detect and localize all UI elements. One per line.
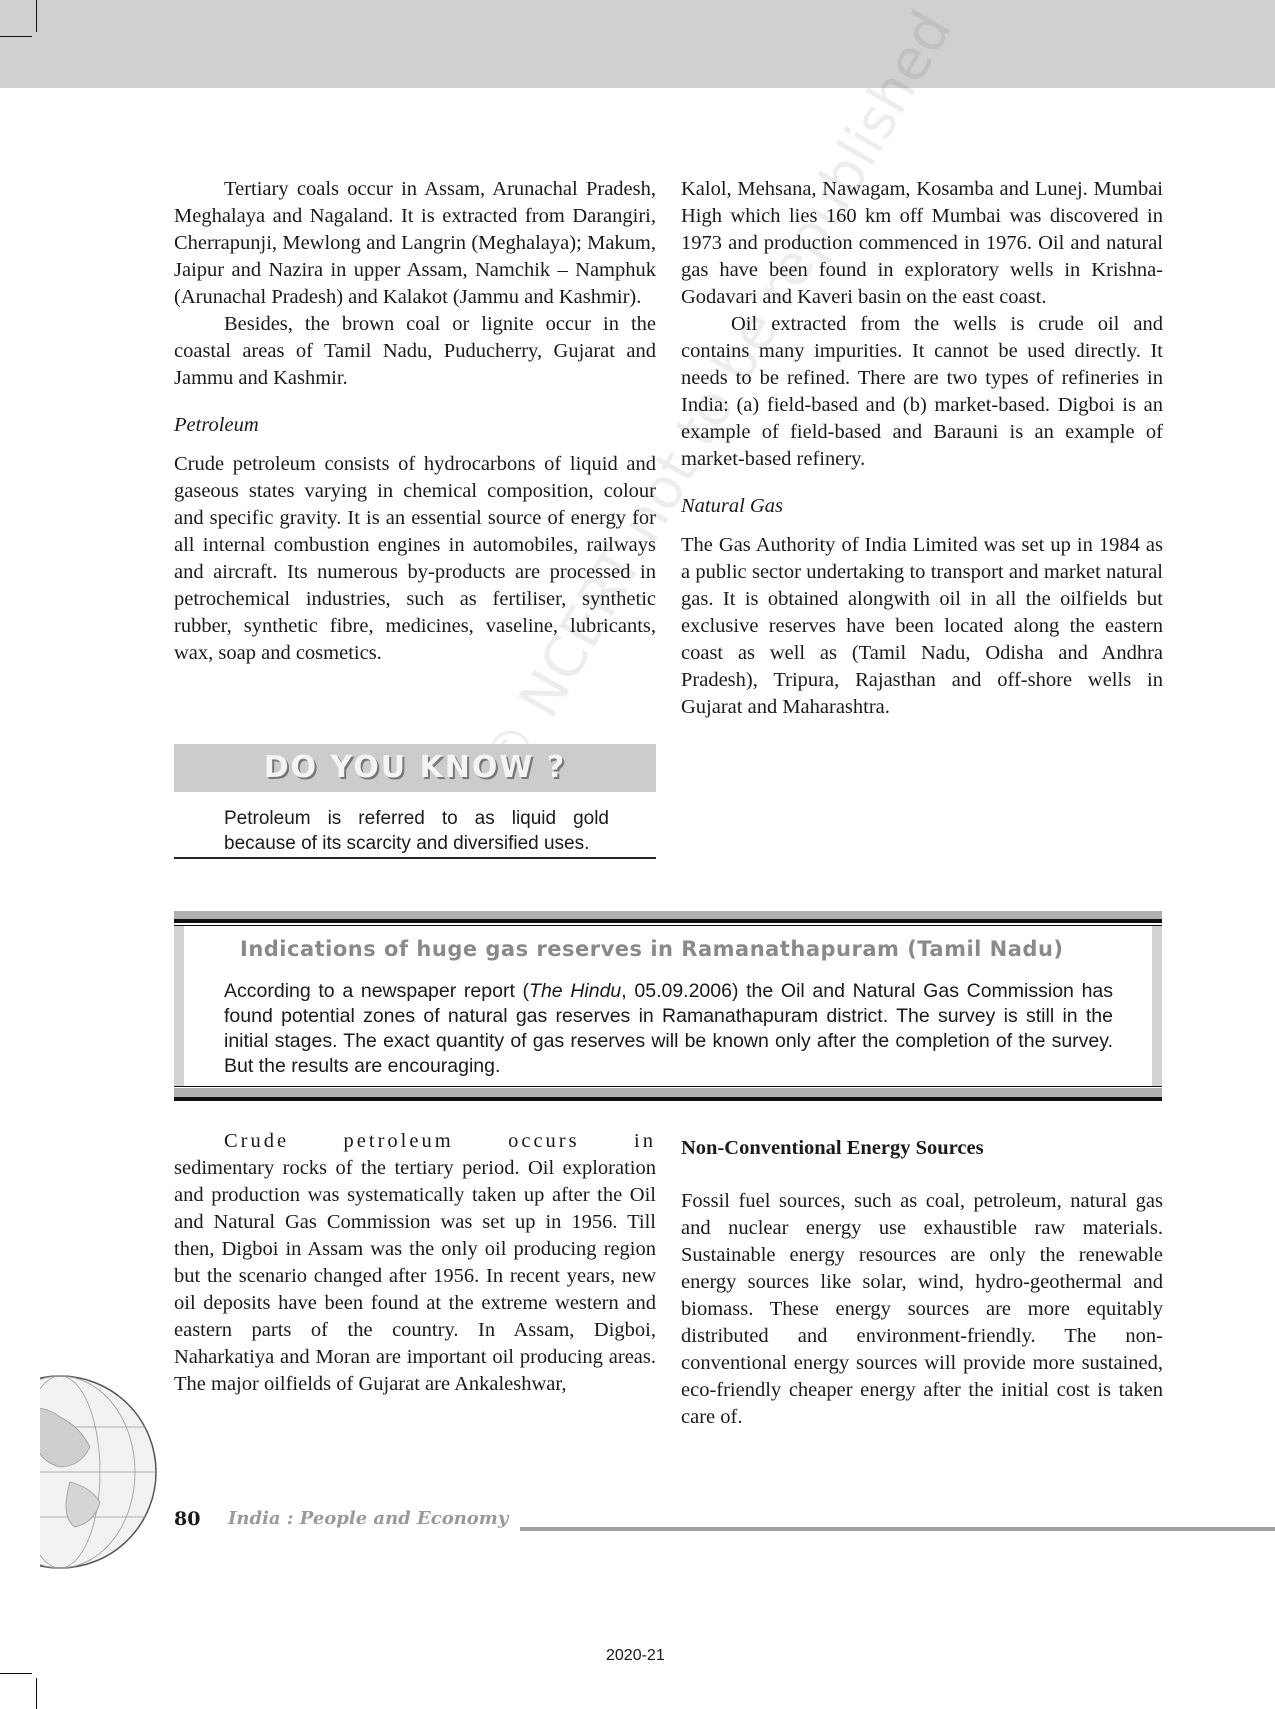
news-source: The Hindu <box>529 980 621 1002</box>
book-title: India : People and Economy <box>228 1508 508 1529</box>
paragraph-crude-occurrence: sedimentary rocks of the tertiary period… <box>174 1155 656 1398</box>
right-column-bottom: Non-Conventional Energy Sources Fossil f… <box>681 1135 1163 1431</box>
page-number: 80 <box>174 1508 200 1530</box>
paragraph-crude-lead: Crude petroleum occurs in <box>174 1128 656 1155</box>
edition-year: 2020-21 <box>606 1647 665 1665</box>
crop-mark-bottom-v <box>36 1678 37 1709</box>
do-you-know-title: DO YOU KNOW ? <box>174 750 656 785</box>
paragraph-refineries: Oil extracted from the wells is crude oi… <box>681 311 1163 473</box>
news-box-text: According to a newspaper report (The Hin… <box>224 979 1113 1079</box>
crop-mark-top-v <box>36 0 37 32</box>
paragraph-lignite: Besides, the brown coal or lignite occur… <box>174 311 656 392</box>
globe-mask <box>0 1372 40 1572</box>
heading-non-conventional: Non-Conventional Energy Sources <box>681 1135 1163 1162</box>
news-box-top-band <box>174 911 1162 919</box>
news-box-bottom-rule <box>174 1097 1162 1101</box>
left-column-top: Tertiary coals occur in Assam, Arunachal… <box>174 176 656 667</box>
news-box-title: Indications of huge gas reserves in Rama… <box>240 937 1100 961</box>
subheading-natural-gas: Natural Gas <box>681 493 1163 520</box>
news-box-top-rule <box>174 919 1162 923</box>
crop-mark-top-h <box>0 36 32 37</box>
paragraph-non-conventional: Fossil fuel sources, such as coal, petro… <box>681 1188 1163 1431</box>
right-column-top: Kalol, Mehsana, Nawagam, Kosamba and Lun… <box>681 176 1163 721</box>
news-box-bottom-rule-thin <box>174 1086 1162 1087</box>
crop-mark-bottom-h <box>0 1673 32 1674</box>
left-column-bottom: Crude petroleum occurs in sedimentary ro… <box>174 1128 656 1398</box>
news-box-bottom-band <box>174 1088 1162 1097</box>
news-text-before: According to a newspaper report ( <box>224 980 529 1002</box>
paragraph-crude-petroleum: Crude petroleum consists of hydrocarbons… <box>174 451 656 667</box>
paragraph-mumbai-high: Kalol, Mehsana, Nawagam, Kosamba and Lun… <box>681 176 1163 311</box>
paragraph-gail: The Gas Authority of India Limited was s… <box>681 532 1163 721</box>
top-gray-band <box>0 0 1275 88</box>
paragraph-tertiary-coals: Tertiary coals occur in Assam, Arunachal… <box>174 176 656 311</box>
do-you-know-text: Petroleum is referred to as liquid gold … <box>224 806 609 856</box>
subheading-petroleum: Petroleum <box>174 412 656 439</box>
footer-rule <box>520 1527 1275 1531</box>
do-you-know-rule <box>174 857 656 859</box>
do-you-know-banner: DO YOU KNOW ? <box>174 744 656 792</box>
